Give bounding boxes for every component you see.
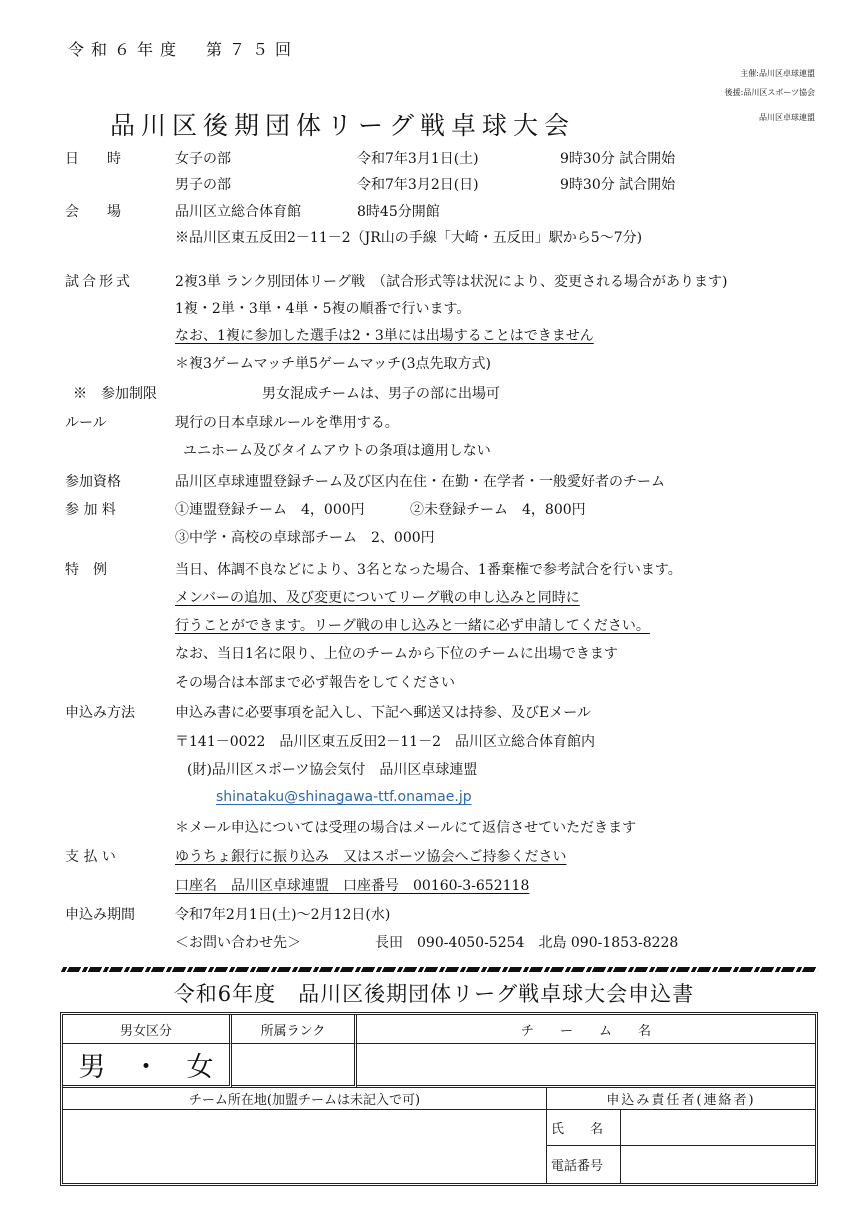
contact-header: 申込み責任者(連絡者) — [547, 1088, 815, 1110]
payment-label: 支 払 い — [65, 848, 116, 866]
edition-label: 令和６年度 第７５回 — [68, 37, 298, 60]
period-label: 申込み期間 — [65, 906, 135, 924]
apply-note: ＊メール申込については受理の場合はメールにて返信させていただきます — [175, 819, 636, 837]
format-label: 試合形式 — [65, 273, 133, 291]
schedule-time: 9時30分 試合開始 — [560, 176, 675, 194]
special-line: 行うことができます。リーグ戦の申し込みと一緒に必ず申請してください。 — [175, 617, 650, 635]
phone-field[interactable] — [621, 1146, 815, 1183]
restriction-text: 男女混成チームは、男子の部に出場可 — [262, 385, 500, 403]
format-line: 2複3単 ランク別団体リーグ戦 （試合形式等は状況により、変更される場合がありま… — [175, 273, 727, 291]
venue-name: 品川区立総合体育館 — [175, 203, 301, 221]
page-title: 品川区後期団体リーグ戦卓球大会 — [110, 106, 575, 142]
rank-header: 所属ランク — [232, 1015, 357, 1044]
name-field[interactable] — [621, 1110, 815, 1146]
team-name-field[interactable] — [357, 1044, 815, 1088]
rules-line: ユニホーム及びタイムアウトの条項は適用しない — [183, 442, 491, 460]
restriction-label: ※ 参加制限 — [73, 385, 157, 403]
format-line: ＊複3ゲームマッチ単5ゲームマッチ(3点先取方式) — [175, 355, 491, 373]
apply-label: 申込み方法 — [65, 704, 135, 722]
fee-label: 参 加 料 — [65, 501, 116, 519]
schedule-date: 令和7年3月2日(日) — [357, 176, 479, 194]
special-label: 特 例 — [65, 561, 107, 579]
venue-open: 8時45分開館 — [357, 203, 440, 221]
sponsor-support: 後援:品川区スポーツ協会 — [725, 88, 815, 98]
form-title: 令和6年度 品川区後期団体リーグ戦卓球大会申込書 — [0, 978, 868, 1008]
special-line: メンバーの追加、及び変更についてリーグ戦の申し込みと同時に — [175, 589, 580, 607]
apply-recipient: (財)品川区スポーツ協会気付 品川区卓球連盟 — [187, 761, 477, 779]
special-line: なお、当日1名に限り、上位のチームから下位のチームに出場できます — [175, 645, 618, 663]
contact-phones: 長田 090-4050-5254 北島 090-1853-8228 — [375, 934, 678, 952]
apply-address: 〒141－0022 品川区東五反田2－11－2 品川区立総合体育館内 — [175, 733, 595, 751]
venue-label: 会 場 — [65, 203, 121, 221]
gender-header: 男女区分 — [63, 1015, 232, 1044]
apply-line: 申込み書に必要事項を記入し、下記へ郵送又は持参、及びEメール — [175, 704, 591, 722]
gender-choice[interactable]: 男 ・ 女 — [63, 1044, 232, 1088]
contact-label: ＜お問い合わせ先＞ — [175, 934, 301, 952]
eligibility-text: 品川区卓球連盟登録チーム及び区内在住・在勤・在学者・一般愛好者のチーム — [175, 473, 665, 491]
schedule-label: 日 時 — [65, 150, 121, 168]
application-form-table: 男女区分 所属ランク チ ー ム 名 男 ・ 女 チーム所在地(加盟チームは未記… — [60, 1012, 818, 1186]
eligibility-label: 参加資格 — [65, 473, 121, 491]
sponsor-host: 主催:品川区卓球連盟 — [740, 69, 815, 79]
cut-line-divider — [61, 967, 819, 972]
rank-field[interactable] — [232, 1044, 357, 1088]
special-line: 当日、体調不良などにより、3名となった場合、1番棄権で参考試合を行います。 — [175, 561, 682, 579]
schedule-division: 男子の部 — [175, 176, 231, 194]
fee-item: ③中学・高校の卓球部チーム 2、000円 — [175, 529, 435, 547]
fee-item: ②未登録チーム 4，800円 — [410, 501, 586, 519]
period-dates: 令和7年2月1日(土)～2月12日(水) — [175, 906, 390, 924]
special-line: その場合は本部まで必ず報告をしてください — [175, 674, 455, 692]
address-field[interactable] — [63, 1110, 547, 1183]
phone-label: 電話番号 — [547, 1146, 621, 1183]
format-line: 1複・2単・3単・4単・5複の順番で行います。 — [175, 300, 470, 318]
payment-line: ゆうちょ銀行に振り込み 又はスポーツ協会へご持参ください — [175, 848, 566, 866]
name-label: 氏 名 — [547, 1110, 621, 1146]
venue-address: ※品川区東五反田2－11－2（JR山の手線「大崎・五反田」駅から5～7分) — [175, 229, 642, 247]
rules-line: 現行の日本卓球ルールを準用する。 — [175, 414, 399, 432]
team-name-header: チ ー ム 名 — [357, 1015, 815, 1044]
schedule-division: 女子の部 — [175, 150, 231, 168]
fee-item: ①連盟登録チーム 4，000円 — [175, 501, 365, 519]
rules-label: ルール — [65, 414, 107, 432]
schedule-date: 令和7年3月1日(土) — [357, 150, 479, 168]
payment-account: 口座名 品川区卓球連盟 口座番号 00160-3-652118 — [175, 877, 529, 895]
address-header: チーム所在地(加盟チームは未記入で可) — [63, 1088, 547, 1110]
schedule-time: 9時30分 試合開始 — [560, 150, 675, 168]
sponsor-federation: 品川区卓球連盟 — [759, 113, 815, 123]
email-link[interactable]: shinataku@shinagawa-ttf.onamae.jp — [216, 788, 472, 806]
format-line: なお、1複に参加した選手は2・3単には出場することはできません — [175, 327, 594, 345]
